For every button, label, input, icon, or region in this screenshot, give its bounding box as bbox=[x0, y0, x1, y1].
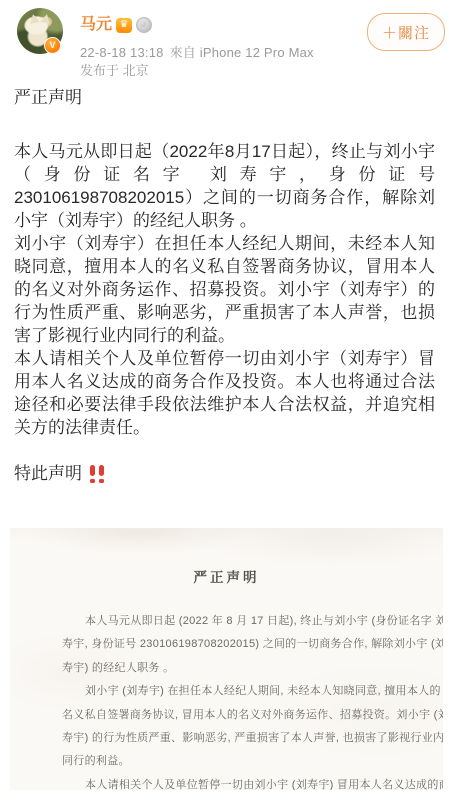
post-paragraph: 本人马元从即日起（2022年8月17日起），终止与刘小宇（身份证名字 刘寿宇，身… bbox=[14, 140, 435, 232]
document-line: 寿宇, 身份证号 230106198708202015) 之间的一切商务合作, … bbox=[62, 633, 402, 656]
document-line: 刘小宇 (刘寿宇) 在担任本人经纪人期间, 未经本人知晓同意, 擅用本人的 bbox=[62, 680, 402, 703]
cat-ear-icon bbox=[40, 13, 52, 24]
document-line: 名义私自签署商务协议, 冒用本人的名义对外商务运作、招募投资。刘小宇 (刘 bbox=[62, 704, 402, 727]
follow-button[interactable]: ＋關注 bbox=[367, 13, 445, 51]
username-row: 马元 ♛ bbox=[80, 15, 152, 35]
post-timestamp: 22-8-18 13:18 bbox=[80, 45, 164, 60]
post-title: 严正声明 bbox=[14, 86, 435, 109]
weibo-post-screen: V 马元 ♛ 22-8-18 13:18來自 iPhone 12 Pro Max… bbox=[0, 0, 449, 800]
document-title: 严正声明 bbox=[10, 566, 443, 586]
vip-crown-icon: ♛ bbox=[116, 18, 132, 33]
post-location: 发布于 北京 bbox=[80, 60, 149, 79]
document-line: 同行的利益。 bbox=[62, 750, 402, 773]
verified-v-badge-icon: V bbox=[44, 37, 61, 54]
post-paragraph: 本人请相关个人及单位暂停一切由刘小宇（刘寿宇）冒用本人名义达成的商务合作及投资。… bbox=[14, 347, 435, 439]
post-body: 严正声明 本人马元从即日起（2022年8月17日起），终止与刘小宇（身份证名字 … bbox=[14, 86, 435, 485]
post-paragraph: 刘小宇（刘寿宇）在担任本人经纪人期间，未经本人知晓同意，擅用本人的名义私自签署商… bbox=[14, 232, 435, 347]
document-line: 寿宇) 的经纪人职务 。 bbox=[62, 657, 402, 680]
document-line: 本人马元从即日起 (2022 年 8 月 17 日起), 终止与刘小宇 (身份证… bbox=[62, 610, 402, 633]
document-text: 本人马元从即日起 (2022 年 8 月 17 日起), 终止与刘小宇 (身份证… bbox=[62, 610, 402, 790]
double-exclamation-icon bbox=[90, 465, 104, 483]
username-link[interactable]: 马元 bbox=[80, 17, 112, 33]
cat-ear-icon bbox=[28, 13, 40, 24]
attached-statement-image[interactable]: 严正声明 本人马元从即日起 (2022 年 8 月 17 日起), 终止与刘小宇… bbox=[10, 528, 443, 790]
post-source: 來自 iPhone 12 Pro Max bbox=[170, 45, 314, 60]
document-line: 寿宇) 的行为性质严重、影响恶劣, 严重损害了本人声誉, 也损害了影视行业内 bbox=[62, 727, 402, 750]
document-line: 本人请相关个人及单位暂停一切由刘小宇 (刘寿宇) 冒用本人名义达成的商 bbox=[62, 774, 402, 790]
closing-text: 特此声明 bbox=[14, 462, 82, 485]
post-meta: 22-8-18 13:18來自 iPhone 12 Pro Max bbox=[80, 42, 314, 61]
medal-badge-icon bbox=[136, 17, 152, 33]
avatar[interactable]: V bbox=[17, 8, 63, 54]
post-closing: 特此声明 bbox=[14, 462, 435, 485]
